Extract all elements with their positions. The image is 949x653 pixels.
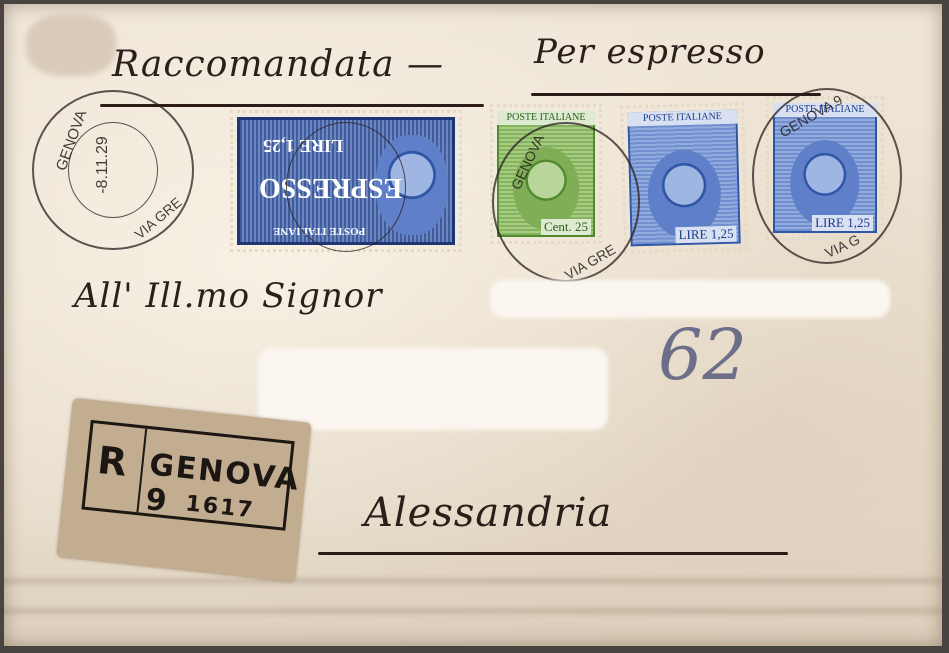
postmark-office: VIA G	[822, 231, 862, 261]
redacted-address	[258, 348, 608, 430]
postmark-genova: GENOVA VIA GRE -8.11.29	[32, 90, 194, 250]
postmark	[286, 122, 406, 252]
stamp-value: LIRE 1,25	[675, 226, 736, 244]
registration-mark: R	[95, 438, 129, 485]
redacted-name	[490, 280, 890, 318]
fold-crease	[4, 604, 942, 618]
postmark-genova: GENOVA VIA GRE	[492, 122, 640, 282]
postmark-date: -8.11.29	[94, 136, 112, 194]
registration-label: R GENOVA 9 1617	[56, 398, 311, 582]
stamp-blue-1-25: POSTE ITALIANE LIRE 1,25	[620, 102, 748, 253]
postmark-genova-9: GENOVA 9 VIA G	[752, 88, 902, 264]
postmark-office: VIA GRE	[562, 241, 619, 283]
stain	[26, 14, 116, 76]
fold-crease	[4, 574, 942, 588]
destination-city: Alessandria	[364, 490, 612, 536]
underline	[318, 552, 788, 555]
heading-raccomandata: Raccomandata —	[112, 44, 444, 85]
heading-per-espresso: Per espresso	[534, 32, 766, 72]
salutation: All' Ill.mo Signor	[74, 276, 383, 316]
pencil-note: 62	[658, 314, 747, 396]
stamp-country: POSTE ITALIANE	[627, 110, 737, 127]
